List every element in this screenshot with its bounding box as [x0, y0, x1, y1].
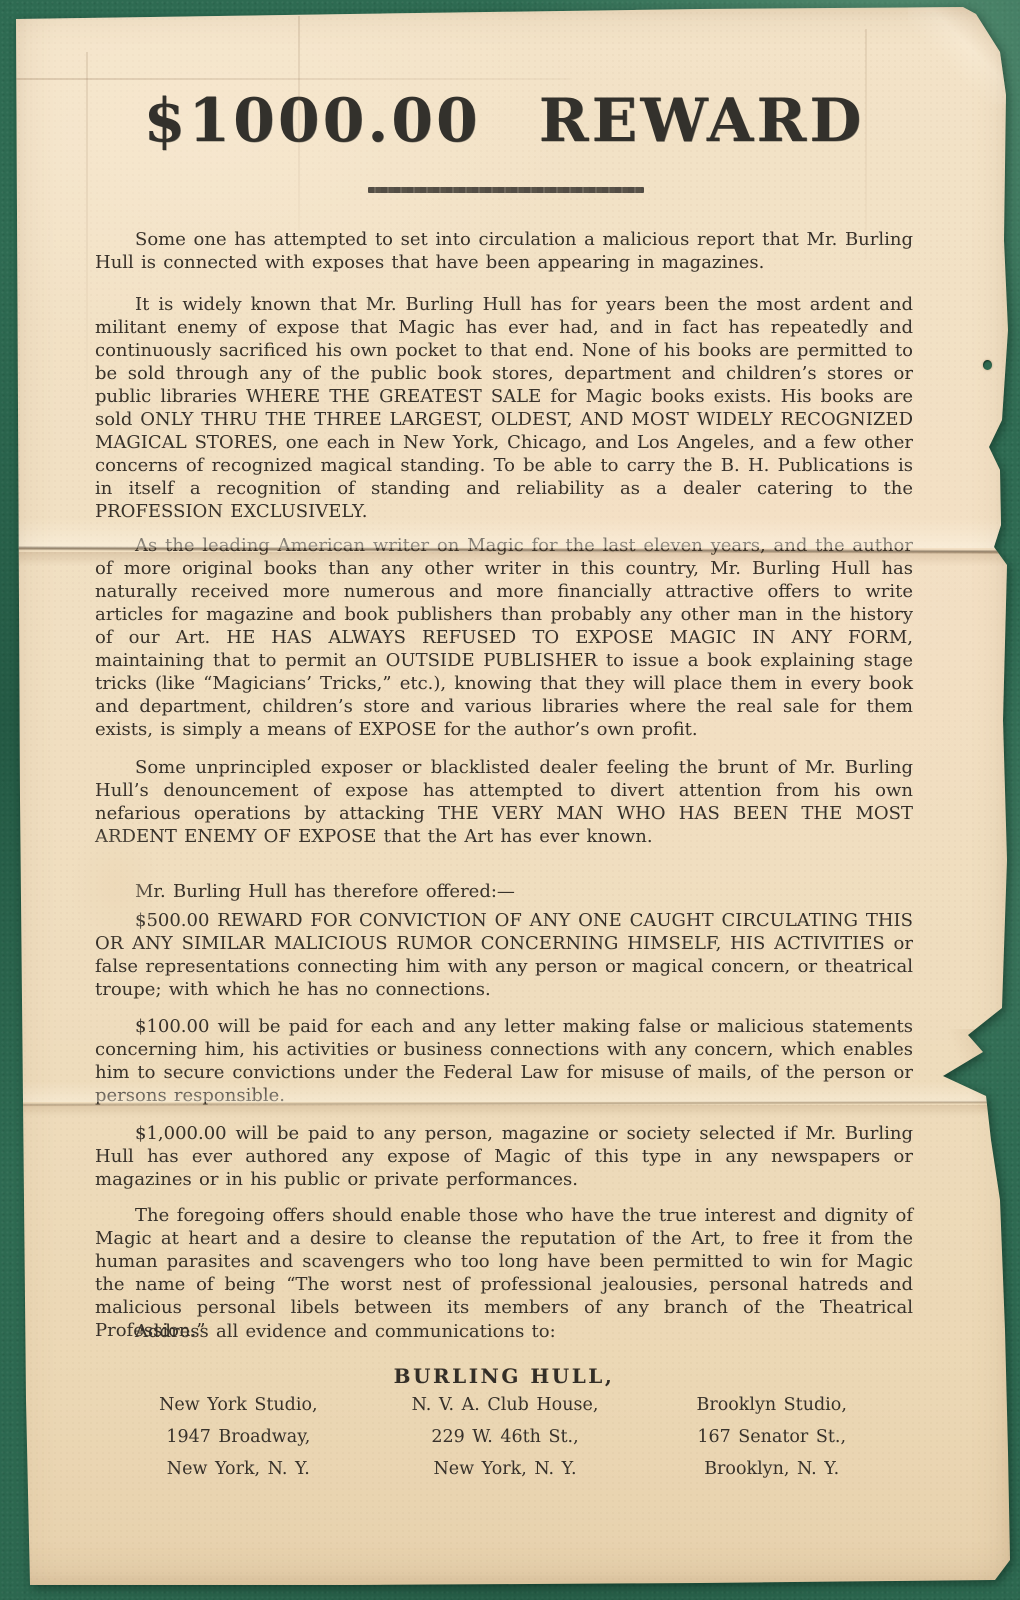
title-reward-word: REWARD [539, 86, 865, 156]
flyer-paper: $1000.00 REWARD Some one has attempted t… [10, 4, 1012, 1588]
paragraph-widely-known: It is widely known that Mr. Burling Hull… [95, 293, 913, 523]
corner-fold-top-right [908, 4, 1012, 104]
paragraph-intro: Some one has attempted to set into circu… [95, 228, 913, 274]
address-line: 167 Senator St., [638, 1426, 905, 1449]
address-line: 229 W. 46th St., [372, 1426, 639, 1449]
address-line: 1947 Broadway, [105, 1426, 372, 1449]
paragraph-address-intro: Address all evidence and communications … [95, 1320, 913, 1343]
address-line: New York Studio, [105, 1394, 372, 1417]
address-column-new-york-studio: New York Studio, 1947 Broadway, New York… [105, 1394, 372, 1490]
vertical-crease-left [86, 52, 88, 397]
address-line: New York, N. Y. [105, 1458, 372, 1481]
address-column-brooklyn-studio: Brooklyn Studio, 167 Senator St., Brookl… [638, 1394, 905, 1490]
title-divider-rule [368, 187, 644, 193]
edge-tear-shadow [940, 1029, 1012, 1109]
scanned-flyer-page: { "colors": { "background_green": "#2e6b… [0, 0, 1020, 1600]
paragraph-leading-writer: As the leading American writer on Magic … [95, 534, 913, 741]
paragraph-therefore-offered: Mr. Burling Hull has therefore offered:— [95, 880, 913, 903]
paper-pinhole [983, 360, 992, 370]
address-line: N. V. A. Club House, [372, 1394, 639, 1417]
paragraph-unprincipled-exposer: Some unprincipled exposer or blacklisted… [95, 756, 913, 848]
signature-name: BURLING HULL, [95, 1364, 913, 1388]
paragraph-offer-1000: $1,000.00 will be paid to any person, ma… [95, 1122, 913, 1191]
address-line: New York, N. Y. [372, 1458, 639, 1481]
paragraph-offer-100: $100.00 will be paid for each and any le… [95, 1015, 913, 1107]
top-crease-line [10, 78, 570, 80]
page-title: $1000.00 REWARD [95, 86, 913, 156]
address-column-nva-club-house: N. V. A. Club House, 229 W. 46th St., Ne… [372, 1394, 639, 1490]
paper-shadow-wrap: $1000.00 REWARD Some one has attempted t… [0, 0, 1020, 1600]
address-columns: New York Studio, 1947 Broadway, New York… [105, 1394, 905, 1490]
paragraph-offer-500: $500.00 REWARD FOR CONVICTION OF ANY ONE… [95, 909, 913, 1001]
title-reward-amount: $1000.00 [144, 86, 481, 156]
address-line: Brooklyn, N. Y. [638, 1458, 905, 1481]
address-line: Brooklyn Studio, [638, 1394, 905, 1417]
